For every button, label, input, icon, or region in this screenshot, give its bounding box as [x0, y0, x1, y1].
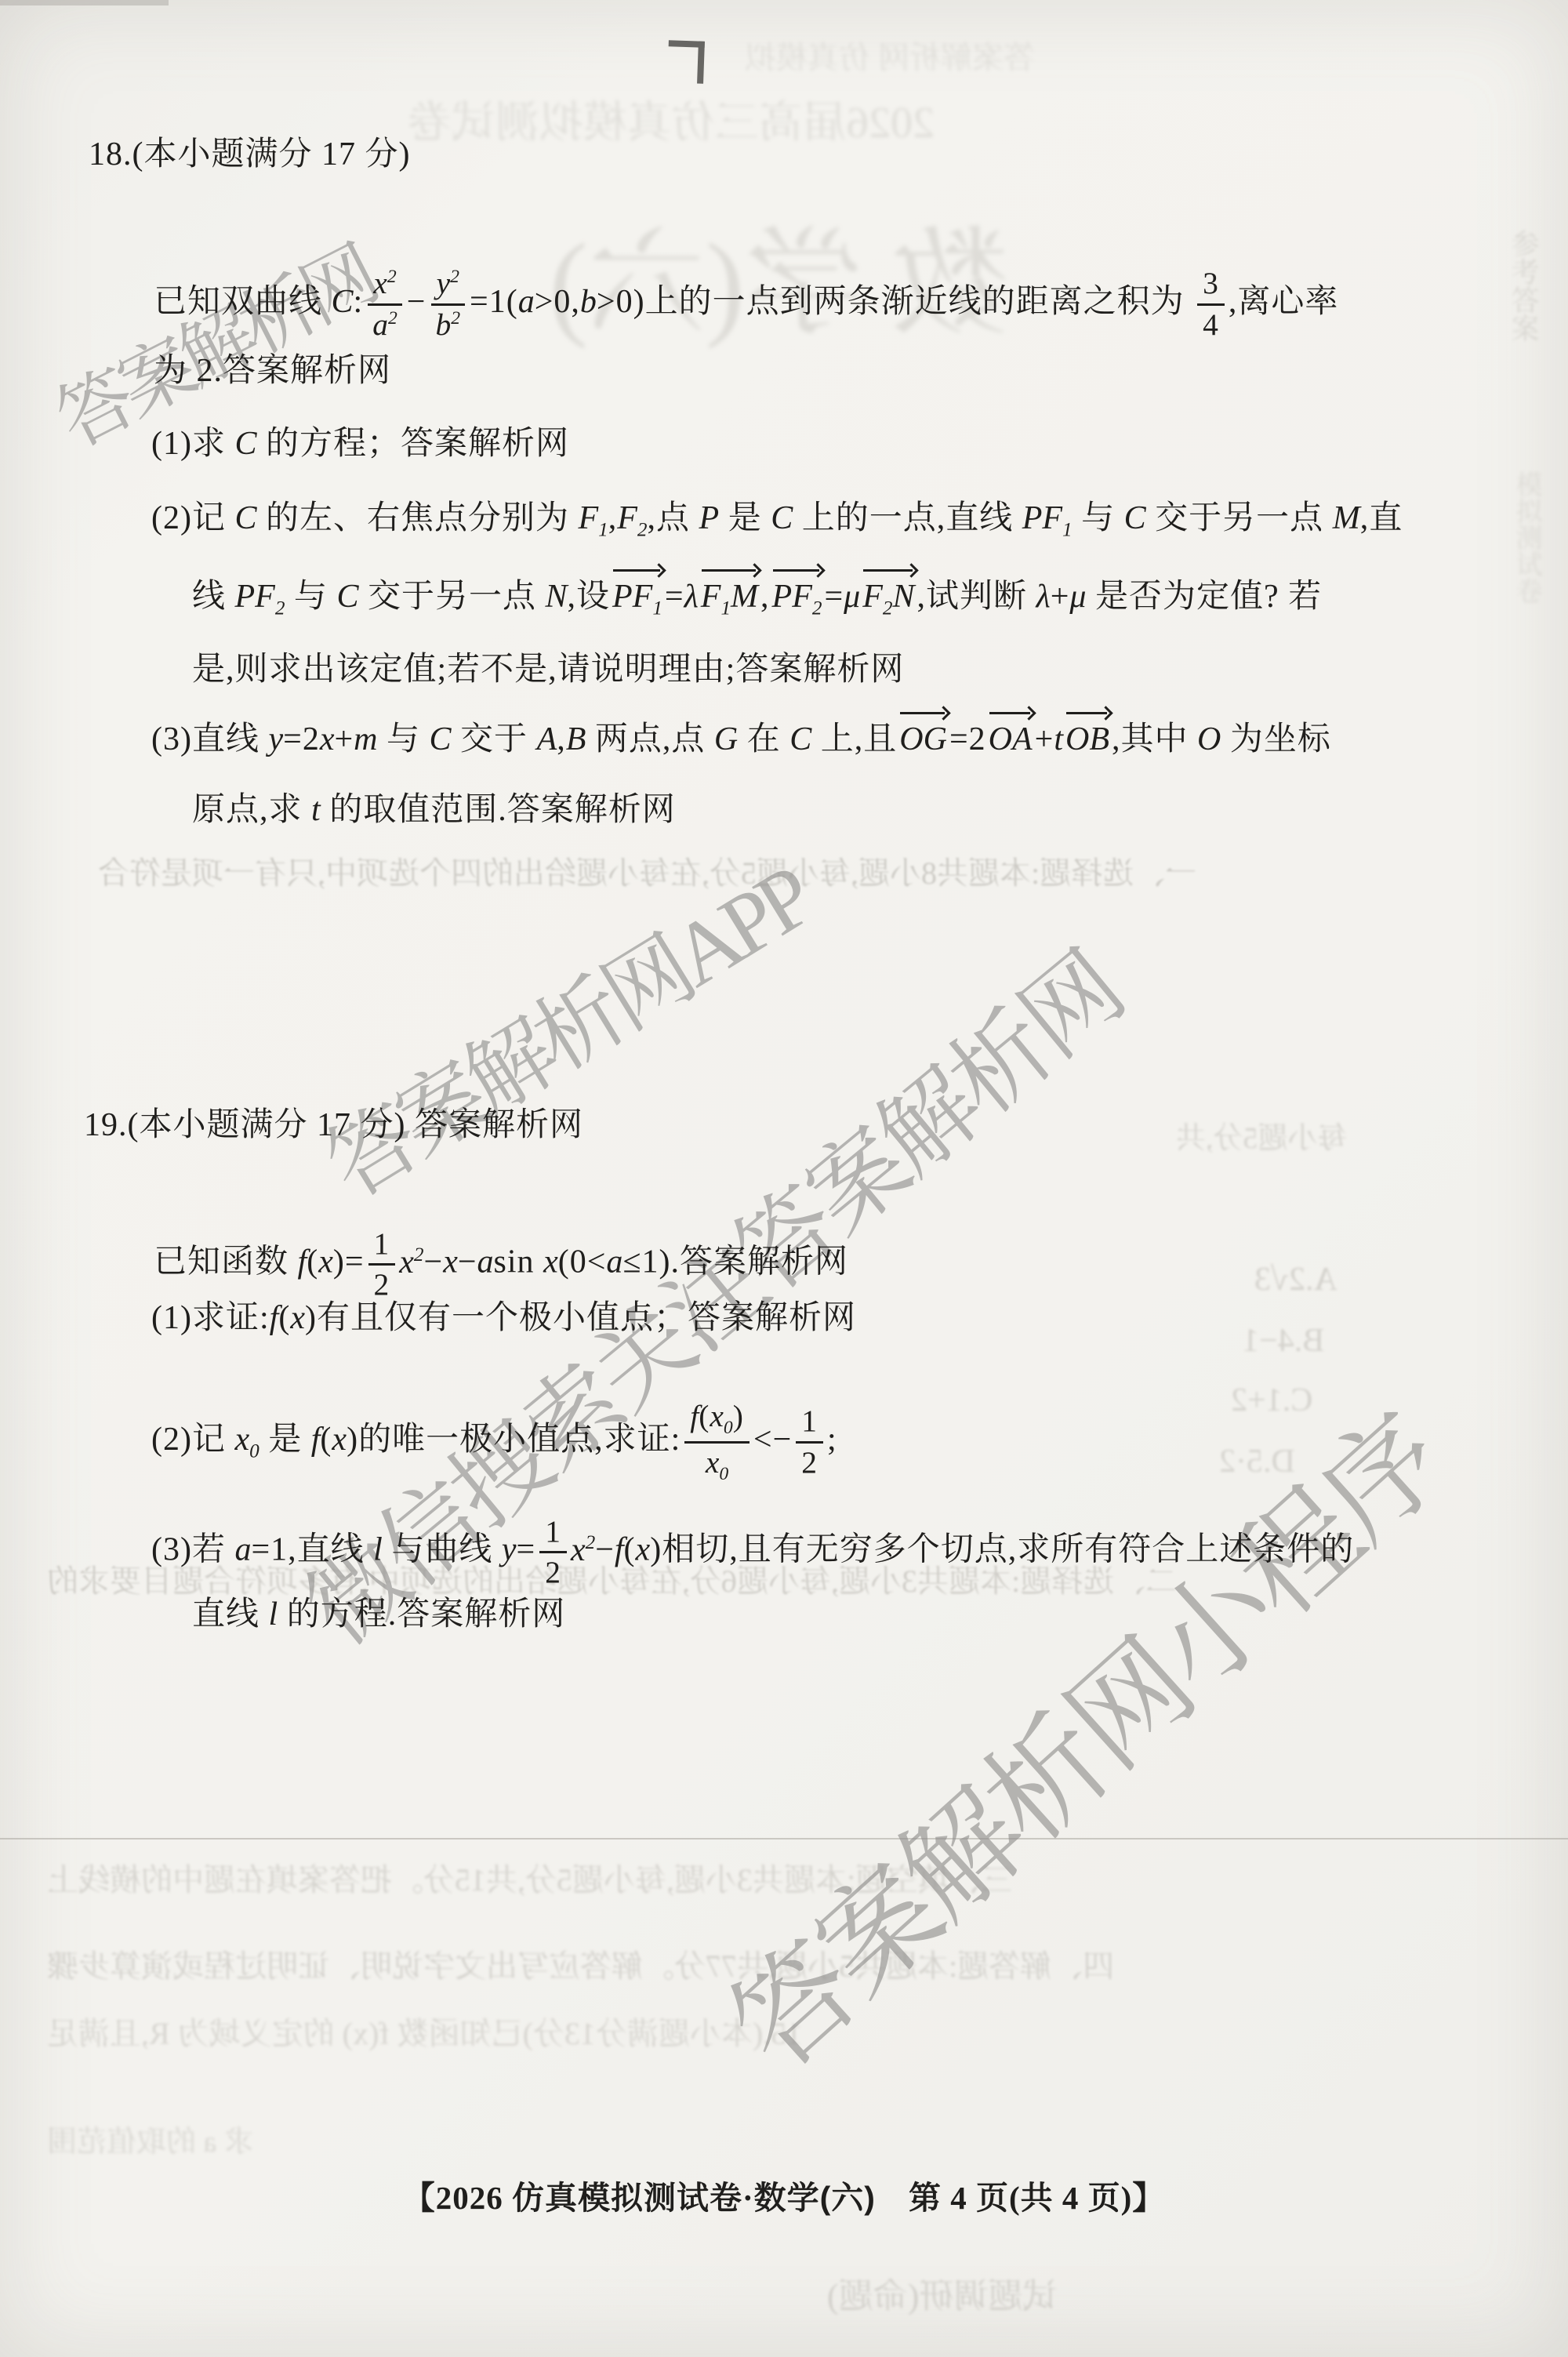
- bleed-text: A.2√3: [1254, 1261, 1338, 1298]
- text-line: 是,则求出该定值;若不是,请说明理由;答案解析网: [192, 653, 904, 686]
- text-line: 19.(本小题满分 17 分) 答案解析网: [84, 1109, 583, 1142]
- text-line: (2)记 C 的左、右焦点分别为 F1,F2,点 P 是 C 上的一点,直线 P…: [151, 502, 1403, 540]
- fraction: 34: [1197, 267, 1225, 342]
- text-line: 已知函数 f(x)=12x2−x−asin x(0<a≤1).答案解析网: [154, 1227, 848, 1302]
- fraction: y2b2: [430, 267, 466, 342]
- bleed-text: 试题调研(命题): [827, 2268, 1057, 2318]
- bleed-text: C.1+2: [1231, 1382, 1312, 1419]
- bleed-text: 答案解析网 仿真模拟: [745, 33, 1035, 78]
- text-line: (3)直线 y=2x+m 与 C 交于 A,B 两点,点 G 在 C 上,且OG…: [151, 723, 1331, 756]
- scan-line: [0, 1838, 1568, 1839]
- text-line: 为 2.答案解析网: [154, 354, 391, 387]
- bleed-text: B.4−1: [1243, 1322, 1324, 1360]
- bleed-text: 参考答案: [1504, 229, 1544, 342]
- fraction: 12: [368, 1227, 396, 1302]
- vector-arrow: F1M: [701, 580, 758, 619]
- bleed-text: 一、选择题:本题共8小题,每小题5分,在每小题给出的四个选项中,只有一项是符合: [98, 848, 1196, 893]
- vector-arrow: OB: [1065, 723, 1109, 756]
- scan-mark: [667, 40, 705, 84]
- scan-edge-artifact: [0, 0, 169, 5]
- bleed-text: 15.(本小题满分13分)已知函数 f(x) 的定义域为 R,且满足: [47, 2009, 802, 2054]
- fraction: x2a2: [367, 267, 403, 342]
- text-line: (2)记 x0 是 f(x)的唯一极小值点,求证:f(x0)x0<−12;: [151, 1400, 837, 1485]
- text-line: 线 PF2 与 C 交于另一点 N,设PF1=λF1M,PF2=μF2N,试判断…: [192, 580, 1322, 619]
- bleed-text: 每小题5分,共: [1176, 1113, 1348, 1157]
- vector-arrow: OA: [989, 723, 1033, 756]
- bleed-text: 2026届高三仿真模拟测试卷: [408, 88, 935, 151]
- vector-arrow: PF1: [612, 580, 662, 619]
- bleed-text: 求 a 的取值范围: [47, 2117, 254, 2160]
- page-footer: 【2026 仿真模拟测试卷·数学(六) 第 4 页(共 4 页)】: [0, 2172, 1568, 2218]
- text-line: 已知双曲线 C:x2a2−y2b2=1(a>0,b>0)上的一点到两条渐近线的距…: [154, 267, 1338, 342]
- footer-subject: 数学(六): [754, 2180, 876, 2216]
- fraction: 12: [796, 1404, 823, 1480]
- text-line: (1)求 C 的方程；答案解析网: [151, 427, 569, 460]
- bleed-text: 模拟测试卷: [1507, 470, 1545, 604]
- fraction: f(x0)x0: [684, 1400, 750, 1485]
- text-line: 18.(本小题满分 17 分): [89, 138, 410, 171]
- text-line: 原点,求 t 的取值范围.答案解析网: [192, 794, 676, 826]
- fraction: 12: [539, 1515, 567, 1590]
- exam-page: 答案解析网 仿真模拟2026届高三仿真模拟测试卷数 学(六)一、选择题:本题共8…: [0, 0, 1568, 2357]
- text-line: (1)求证:f(x)有且仅有一个极小值点；答案解析网: [151, 1302, 856, 1335]
- vector-arrow: F2N: [862, 580, 914, 619]
- text-line: 直线 l 的方程.答案解析网: [192, 1598, 565, 1631]
- footer-suffix: 第 4 页(共 4 页)】: [876, 2180, 1165, 2216]
- vector-arrow: PF2: [772, 580, 822, 619]
- vector-arrow: OG: [899, 723, 947, 756]
- footer-prefix: 【2026 仿真模拟测试卷·: [403, 2180, 754, 2216]
- text-line: (3)若 a=1,直线 l 与曲线 y=12x2−f(x)相切,且有无穷多个切点…: [151, 1515, 1354, 1590]
